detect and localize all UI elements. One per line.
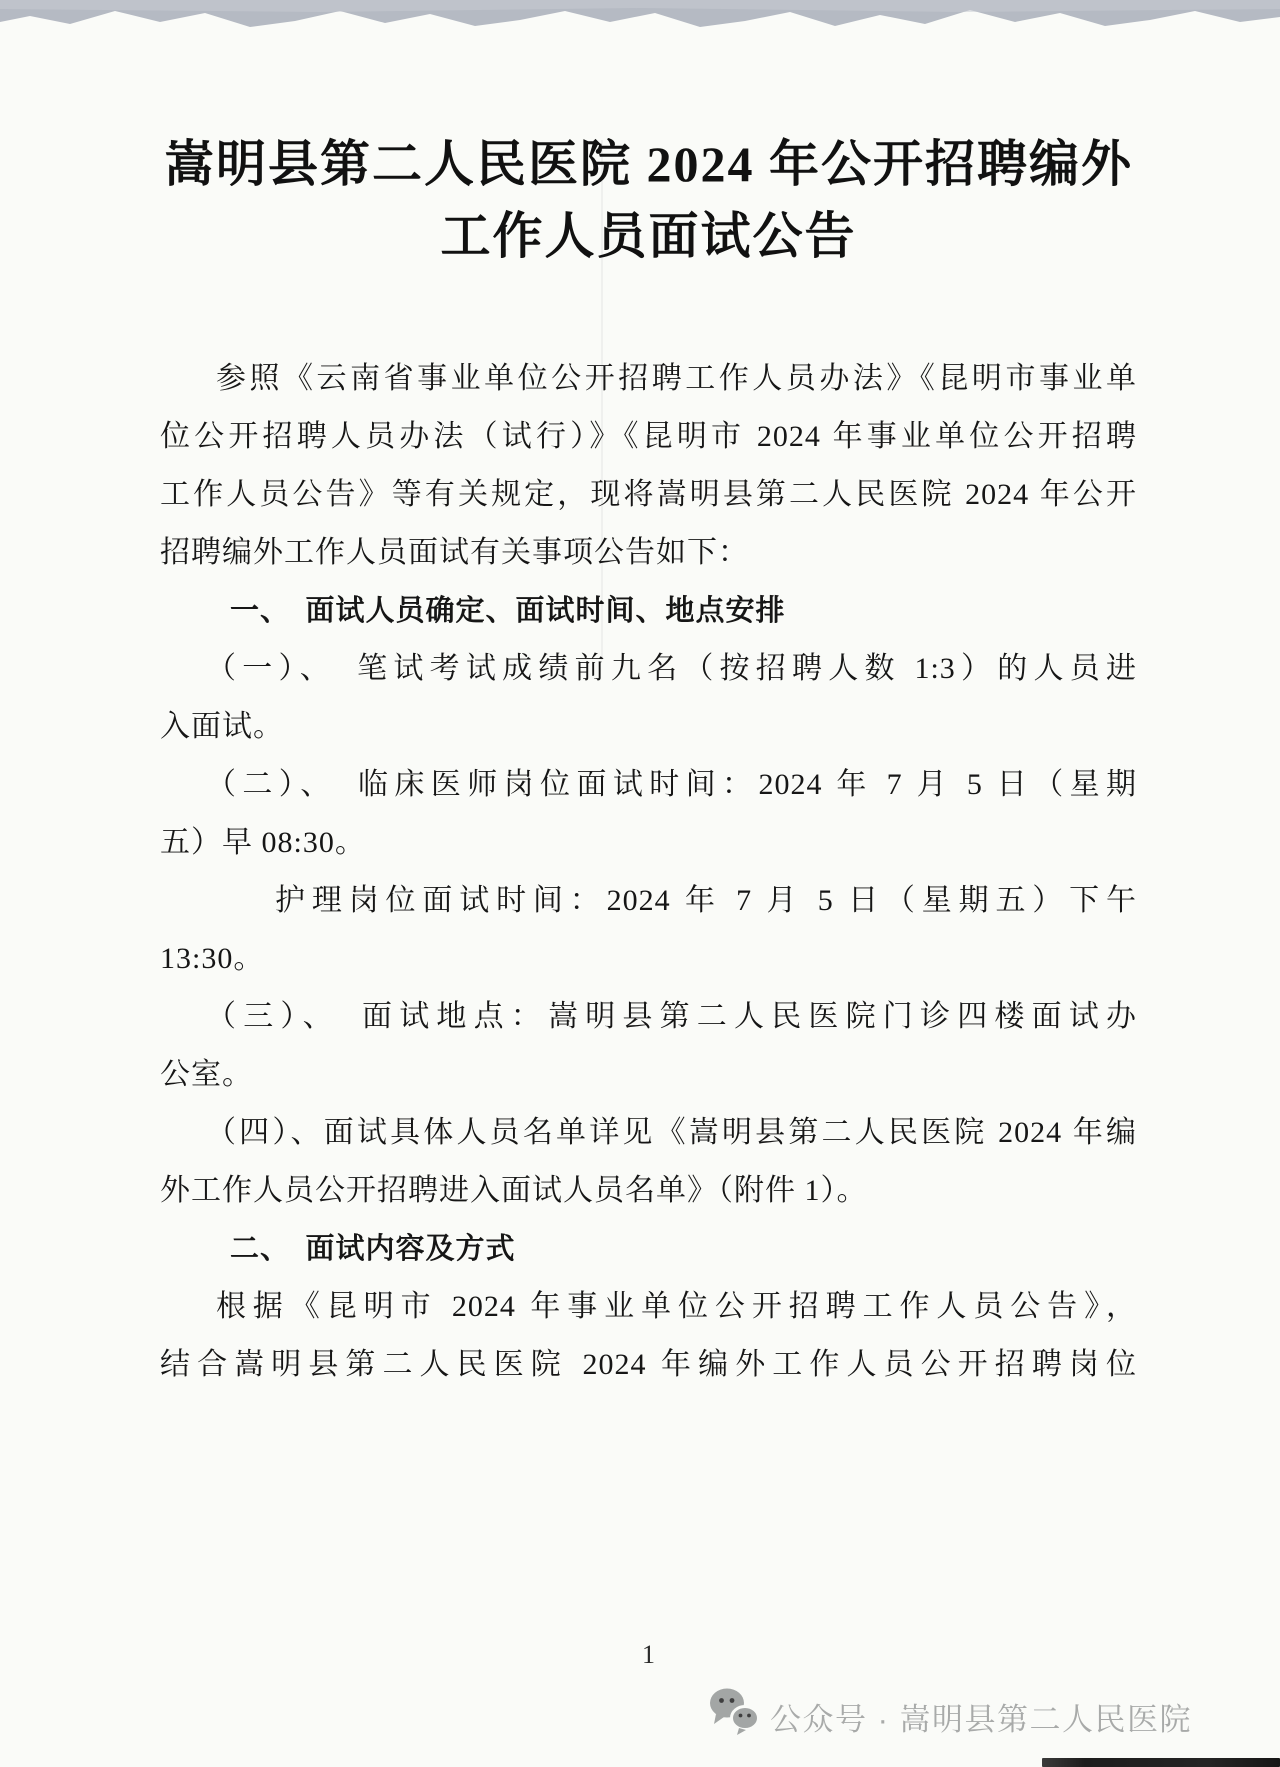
document-line: 13:30。: [160, 930, 1137, 988]
scan-artifact-bottom-bar: [1042, 1758, 1280, 1767]
scanned-document-page: 嵩明县第二人民医院 2024 年公开招聘编外 工作人员面试公告 参照《云南省事业…: [0, 0, 1280, 1767]
document-line: 二、 面试内容及方式: [160, 1220, 1137, 1278]
document-line: 根据《昆明市 2024 年事业单位公开招聘工作人员公告》，: [160, 1278, 1137, 1336]
document-line: 招聘编外工作人员面试有关事项公告如下：: [160, 524, 1137, 582]
document-line: （一）、 笔试考试成绩前九名（按招聘人数 1:3）的人员进: [160, 640, 1137, 698]
document-line: 结合嵩明县第二人民医院 2024 年编外工作人员公开招聘岗位: [160, 1336, 1137, 1394]
document-title-line-2: 工作人员面试公告: [160, 200, 1137, 272]
document-line: 公室。: [160, 1046, 1137, 1104]
document-line: 五）早 08:30。: [160, 814, 1137, 872]
document-line: 一、 面试人员确定、面试时间、地点安排: [160, 582, 1137, 640]
document-body: 参照《云南省事业单位公开招聘工作人员办法》《昆明市事业单位公开招聘人员办法（试行…: [160, 350, 1137, 1394]
document-title: 嵩明县第二人民医院 2024 年公开招聘编外 工作人员面试公告: [160, 128, 1137, 272]
document-line: 外工作人员公开招聘进入面试人员名单》（附件 1）。: [160, 1162, 1137, 1220]
document-line: 入面试。: [160, 698, 1137, 756]
wechat-watermark: 公众号 · 嵩明县第二人民医院: [708, 1688, 1192, 1744]
document-line: 位公开招聘人员办法（试行）》《昆明市 2024 年事业单位公开招聘: [160, 408, 1137, 466]
document-line: 参照《云南省事业单位公开招聘工作人员办法》《昆明市事业单: [160, 350, 1137, 408]
wechat-watermark-label: 公众号 · 嵩明县第二人民医院: [770, 1694, 1192, 1739]
document-line: 工作人员公告》等有关规定，现将嵩明县第二人民医院 2024 年公开: [160, 466, 1137, 524]
document-line: （三）、 面试地点：嵩明县第二人民医院门诊四楼面试办: [160, 988, 1137, 1046]
document-title-line-1: 嵩明县第二人民医院 2024 年公开招聘编外: [160, 128, 1137, 200]
document-content: 嵩明县第二人民医院 2024 年公开招聘编外 工作人员面试公告 参照《云南省事业…: [160, 0, 1137, 1394]
wechat-icon: [708, 1688, 760, 1744]
document-line: （四）、面试具体人员名单详见《嵩明县第二人民医院 2024 年编: [160, 1104, 1137, 1162]
page-number: 1: [160, 1640, 1137, 1670]
document-line: 护理岗位面试时间：2024 年 7 月 5 日（星期五）下午: [160, 872, 1137, 930]
document-line: （二）、 临床医师岗位面试时间：2024 年 7 月 5 日（星期: [160, 756, 1137, 814]
